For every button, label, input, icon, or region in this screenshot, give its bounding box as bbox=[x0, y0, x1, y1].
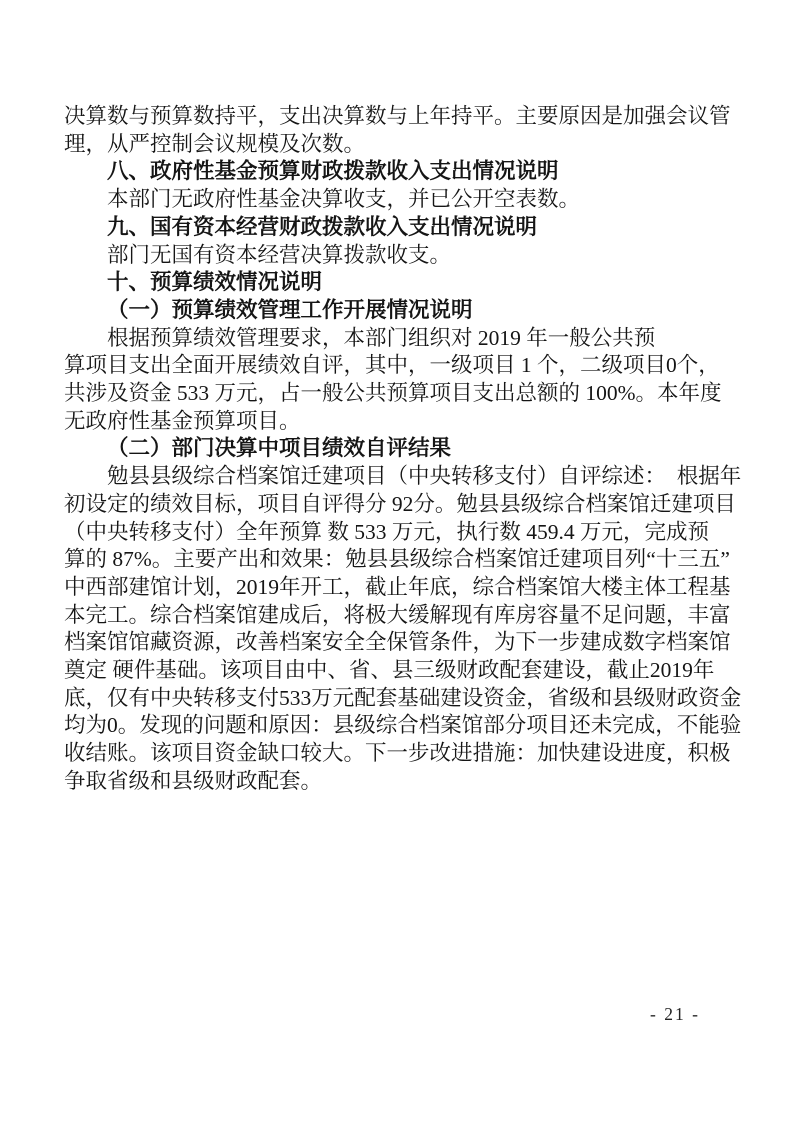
section-heading-9: 九、国有资本经营财政拨款收入支出情况说明 bbox=[64, 214, 732, 242]
text-line: 部门无国有资本经营决算拨款收支。 bbox=[64, 242, 732, 270]
text-line: 本部门无政府性基金决算收支，并已公开空表数。 bbox=[64, 186, 732, 214]
text-line: 算项目支出全面开展绩效自评，其中，一级项目 1 个，二级项目0个， bbox=[64, 352, 732, 380]
text-line: 收结账。该项目资金缺口较大。下一步改进措施：加快建设进度，积极 bbox=[64, 740, 732, 768]
page-number: - 21 - bbox=[615, 1002, 735, 1026]
text-line: 档案馆馆藏资源，改善档案安全全保管条件，为下一步建成数字档案馆 bbox=[64, 629, 732, 657]
text-line: 勉县县级综合档案馆迁建项目（中央转移支付）自评综述： 根据年 bbox=[64, 463, 732, 491]
text-line: 算的 87%。主要产出和效果：勉县县级综合档案馆迁建项目列“十三五” bbox=[64, 546, 732, 574]
text-line: 理，从严控制会议规模及次数。 bbox=[64, 131, 732, 159]
text-line: 无政府性基金预算项目。 bbox=[64, 408, 732, 436]
text-line: 初设定的绩效目标，项目自评得分 92分。勉县县级综合档案馆迁建项目 bbox=[64, 491, 732, 519]
text-line: 决算数与预算数持平，支出决算数与上年持平。主要原因是加强会议管 bbox=[64, 103, 732, 131]
text-line: （中央转移支付）全年预算 数 533 万元，执行数 459.4 万元，完成预 bbox=[64, 519, 732, 547]
text-line: 底，仅有中央转移支付533万元配套基础建设资金，省级和县级财政资金 bbox=[64, 685, 732, 713]
text-line: 本完工。综合档案馆建成后，将极大缓解现有库房容量不足问题，丰富 bbox=[64, 602, 732, 630]
document-body: 决算数与预算数持平，支出决算数与上年持平。主要原因是加强会议管 理，从严控制会议… bbox=[64, 103, 732, 796]
text-line: 中西部建馆计划，2019年开工，截止年底，综合档案馆大楼主体工程基 bbox=[64, 574, 732, 602]
text-line: 均为0。发现的问题和原因：县级综合档案馆部分项目还未完成，不能验 bbox=[64, 712, 732, 740]
subsection-heading-2: （二）部门决算中项目绩效自评结果 bbox=[64, 435, 732, 463]
section-heading-8: 八、政府性基金预算财政拨款收入支出情况说明 bbox=[64, 158, 732, 186]
document-page: 决算数与预算数持平，支出决算数与上年持平。主要原因是加强会议管 理，从严控制会议… bbox=[0, 0, 793, 1122]
text-line: 争取省级和县级财政配套。 bbox=[64, 768, 732, 796]
section-heading-10: 十、预算绩效情况说明 bbox=[64, 269, 732, 297]
subsection-heading-1: （一）预算绩效管理工作开展情况说明 bbox=[64, 297, 732, 325]
text-line: 奠定 硬件基础。该项目由中、省、县三级财政配套建设，截止2019年 bbox=[64, 657, 732, 685]
text-line: 共涉及资金 533 万元，占一般公共预算项目支出总额的 100%。本年度 bbox=[64, 380, 732, 408]
text-line: 根据预算绩效管理要求，本部门组织对 2019 年一般公共预 bbox=[64, 325, 732, 353]
